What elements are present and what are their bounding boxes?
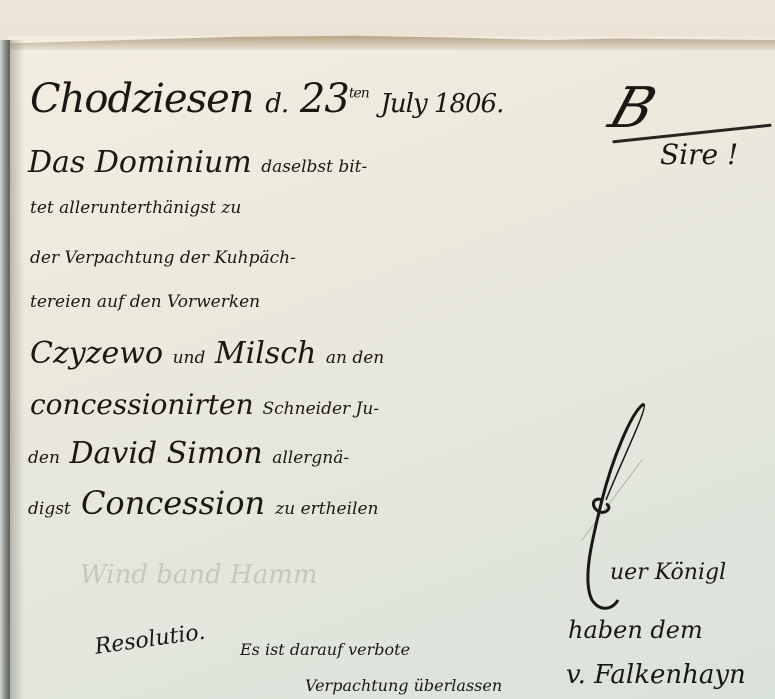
document-heading: Chodziesen d. 23ten July 1806.	[30, 76, 503, 122]
line-5-place-1: Czyzewo	[30, 336, 163, 371]
resolution-text-2: Verpachtung überlassen	[305, 676, 502, 695]
text-line-1: Das Dominium daselbst bit-	[28, 145, 367, 180]
text-line-4: tereien auf den Vorwerken	[30, 292, 260, 312]
line-8-small: zu ertheilen	[275, 499, 378, 519]
line-7-small: allergnä-	[272, 448, 349, 468]
right-line-3: v. Falkenhayn	[566, 660, 746, 690]
book-binding	[0, 40, 10, 699]
line-7-name: David Simon	[69, 436, 262, 471]
text-line-8: digst Concession zu ertheilen	[28, 484, 379, 522]
heading-d: d.	[265, 89, 288, 119]
line-5-und: und	[173, 348, 206, 368]
bleed-through-text: Wind band Hamm	[80, 560, 318, 590]
right-line-1: uer Königl	[610, 560, 726, 585]
line-6-large: concessionirten	[30, 388, 254, 421]
line-7-den: den	[28, 448, 60, 468]
line-5-an-den: an den	[326, 348, 384, 368]
line-1-large: Das Dominium	[28, 145, 252, 180]
salutation: Sire !	[660, 138, 738, 171]
text-line-7: den David Simon allergnä-	[28, 436, 349, 471]
text-line-2: tet allerunterthänigst zu	[30, 198, 241, 218]
line-8-concession: Concession	[81, 484, 265, 522]
binding-shadow	[10, 40, 24, 699]
line-6-small: Schneider Ju-	[263, 399, 380, 419]
text-line-3: der Verpachtung der Kuhpäch-	[30, 248, 296, 268]
line-5-place-2: Milsch	[215, 336, 316, 371]
text-line-5: Czyzewo und Milsch an den	[30, 336, 384, 371]
right-line-2: haben dem	[568, 616, 703, 644]
text-line-6: concessionirten Schneider Ju-	[30, 388, 379, 421]
heading-day-suffix: ten	[349, 86, 369, 102]
heading-place: Chodziesen	[30, 76, 254, 122]
line-8-digst: digst	[28, 499, 71, 519]
line-1-small: daselbst bit-	[261, 157, 367, 177]
heading-month-year: July 1806.	[380, 89, 503, 119]
resolution-text: Es ist darauf verbote	[240, 640, 410, 659]
heading-day: 23	[300, 76, 349, 122]
